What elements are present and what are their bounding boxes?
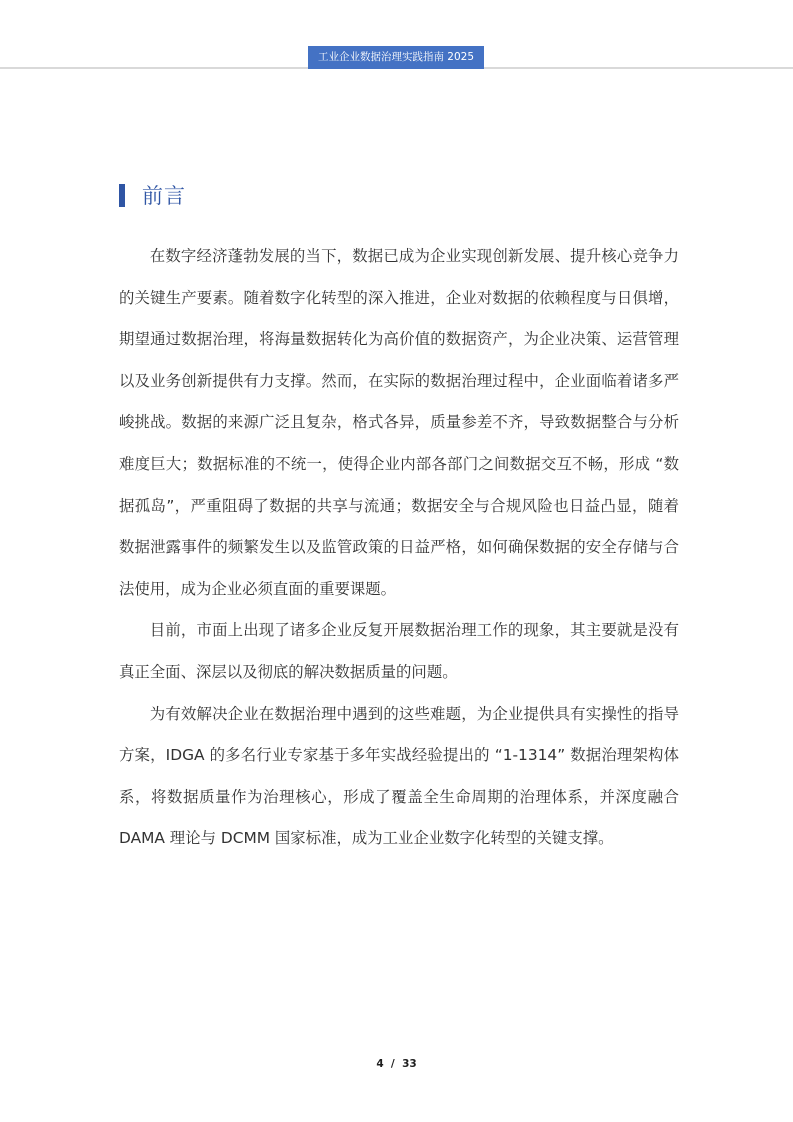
heading-accent-bar (119, 184, 125, 207)
section-heading: 前言 (119, 181, 186, 209)
page-number: 4 / 33 (0, 1058, 793, 1070)
document-header-title: 工业企业数据治理实践指南 2025 (308, 46, 484, 69)
body-content: 在数字经济蓬勃发展的当下，数据已成为企业实现创新发展、提升核心竞争力的关键生产要… (119, 236, 679, 860)
paragraph-current-situation: 目前，市面上出现了诸多企业反复开展数据治理工作的现象，其主要就是没有真正全面、深… (119, 610, 679, 693)
paragraph-intro: 在数字经济蓬勃发展的当下，数据已成为企业实现创新发展、提升核心竞争力的关键生产要… (119, 236, 679, 610)
paragraph-solution: 为有效解决企业在数据治理中遇到的这些难题，为企业提供具有实操性的指导方案，IDG… (119, 694, 679, 860)
section-title: 前言 (142, 180, 186, 210)
